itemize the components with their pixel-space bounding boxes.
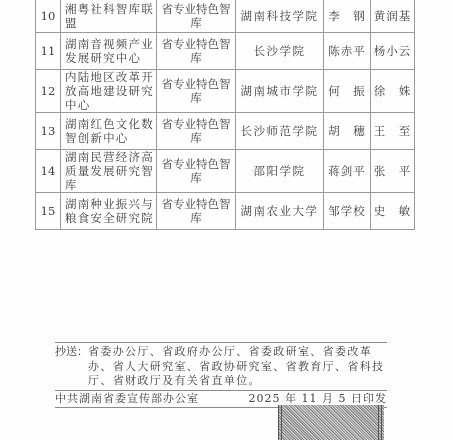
host-institution: 长沙师范学院 (236, 113, 324, 150)
row-number: 12 (36, 70, 61, 113)
think-tank-type: 省专业特色智库 (157, 193, 236, 230)
person-1: 陈赤平 (324, 33, 371, 70)
barcode-icon (278, 405, 384, 440)
table-row: 11 湖南音视频产业发展研究中心 省专业特色智库 长沙学院 陈赤平 杨小云 (36, 33, 415, 70)
think-tank-name: 湘粤社科智库联盟 (61, 0, 157, 33)
table-row: 10 湘粤社科智库联盟 省专业特色智库 湖南科技学院 李 钢 黄润基 (36, 0, 415, 33)
person-1: 邹学校 (324, 193, 371, 230)
host-institution: 湖南科技学院 (236, 0, 324, 33)
row-number: 10 (36, 0, 61, 33)
person-2: 徐 姝 (371, 70, 415, 113)
person-1: 何 振 (324, 70, 371, 113)
think-tank-name: 内陆地区改革开放高地建设研究中心 (61, 70, 157, 113)
think-tank-name: 湖南种业振兴与粮食安全研究院 (61, 193, 157, 230)
person-2: 黄润基 (371, 0, 415, 33)
cc-recipients: 省委办公厅、省政府办公厅、省委政研室、省委改革办、省人大研究室、省政协研究室、省… (88, 345, 387, 389)
person-2: 杨小云 (371, 33, 415, 70)
table-row: 15 湖南种业振兴与粮食安全研究院 省专业特色智库 湖南农业大学 邹学校 史 敏 (36, 193, 415, 230)
table-row: 14 湖南民营经济高质量发展研究智库 省专业特色智库 邵阳学院 蒋剑平 张 平 (36, 150, 415, 193)
person-2: 史 敏 (371, 193, 415, 230)
host-institution: 湖南城市学院 (236, 70, 324, 113)
host-institution: 湖南农业大学 (236, 193, 324, 230)
host-institution: 长沙学院 (236, 33, 324, 70)
think-tank-type: 省专业特色智库 (157, 150, 236, 193)
person-1: 李 钢 (324, 0, 371, 33)
row-number: 11 (36, 33, 61, 70)
issuer-name: 中共湖南省委宣传部办公室 (55, 392, 199, 406)
think-tank-table: 10 湘粤社科智库联盟 省专业特色智库 湖南科技学院 李 钢 黄润基 11 湖南… (35, 0, 415, 230)
think-tank-name: 湖南红色文化数智创新中心 (61, 113, 157, 150)
row-number: 14 (36, 150, 61, 193)
document-footer: 抄送： 省委办公厅、省政府办公厅、省委政研室、省委改革办、省人大研究室、省政协研… (55, 342, 387, 408)
person-2: 张 平 (371, 150, 415, 193)
person-1: 胡 穗 (324, 113, 371, 150)
cc-block: 抄送： 省委办公厅、省政府办公厅、省委政研室、省委改革办、省人大研究室、省政协研… (55, 343, 387, 390)
cc-label: 抄送： (55, 345, 88, 389)
issue-date: 2025 年 11 月 5 日印发 (249, 392, 387, 406)
host-institution: 邵阳学院 (236, 150, 324, 193)
row-number: 13 (36, 113, 61, 150)
think-tank-type: 省专业特色智库 (157, 113, 236, 150)
person-1: 蒋剑平 (324, 150, 371, 193)
table-row: 12 内陆地区改革开放高地建设研究中心 省专业特色智库 湖南城市学院 何 振 徐… (36, 70, 415, 113)
think-tank-type: 省专业特色智库 (157, 0, 236, 33)
think-tank-name: 湖南音视频产业发展研究中心 (61, 33, 157, 70)
table-row: 13 湖南红色文化数智创新中心 省专业特色智库 长沙师范学院 胡 穗 王 至 (36, 113, 415, 150)
think-tank-type: 省专业特色智库 (157, 70, 236, 113)
think-tank-type: 省专业特色智库 (157, 33, 236, 70)
row-number: 15 (36, 193, 61, 230)
think-tank-name: 湖南民营经济高质量发展研究智库 (61, 150, 157, 193)
person-2: 王 至 (371, 113, 415, 150)
